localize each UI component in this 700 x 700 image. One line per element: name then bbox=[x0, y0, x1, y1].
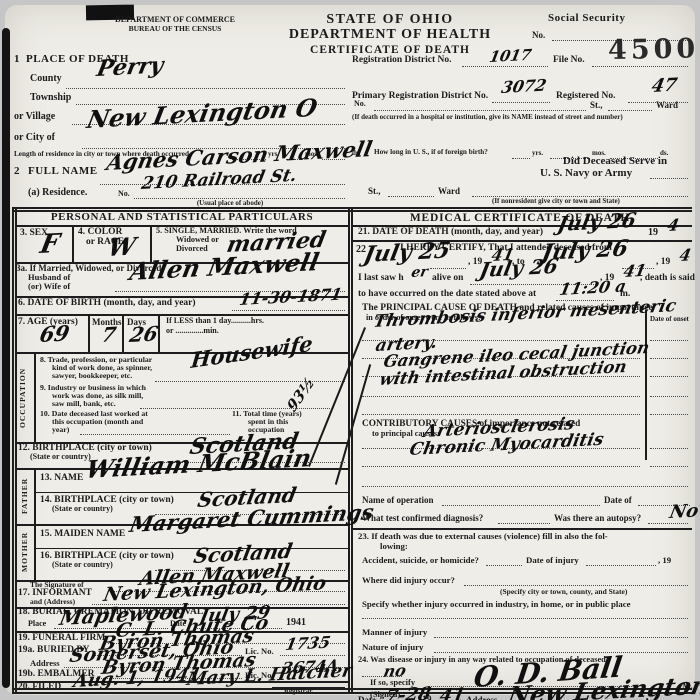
full-name-label: FULL NAME bbox=[28, 166, 98, 178]
father-name-label: 13. NAME bbox=[40, 474, 83, 484]
cert-year-value: 41 bbox=[438, 686, 467, 700]
age-less-label: If LESS than 1 day..........hrs. bbox=[166, 317, 264, 325]
dotted-line bbox=[66, 88, 345, 89]
rule bbox=[12, 207, 14, 692]
time-of-death-value: 11:20 a bbox=[558, 278, 627, 298]
external-causes-label-2: lowing: bbox=[380, 542, 408, 551]
mother-birthplace-label-2: (State or country) bbox=[52, 561, 113, 569]
rule bbox=[122, 314, 124, 352]
ward-label: Ward bbox=[656, 101, 678, 110]
section2-number: 2 bbox=[14, 166, 20, 178]
dotted-line bbox=[498, 523, 550, 524]
city-label: or City of bbox=[14, 133, 55, 144]
primary-registration-value: 3072 bbox=[500, 77, 548, 96]
navy-label-1: Did Deceased Serve in bbox=[540, 156, 690, 168]
father-side-label: FATHER bbox=[20, 472, 29, 520]
registered-no-value: 47 bbox=[650, 76, 679, 96]
column-divider bbox=[348, 207, 350, 692]
death-certificate-scan: DEPARTMENT OF COMMERCE BUREAU OF THE CEN… bbox=[0, 0, 700, 700]
last-saw-label: I last saw h bbox=[358, 274, 404, 284]
burial-year-value: 1941 bbox=[286, 618, 306, 629]
dotted-line bbox=[362, 396, 640, 397]
nonresident-note: (If nonresident give city or town and St… bbox=[492, 198, 620, 205]
dotted-line bbox=[362, 618, 688, 619]
operation-label: Name of operation bbox=[362, 496, 434, 505]
last-saw-suffix: er bbox=[410, 265, 429, 280]
autopsy-label: Was there an autopsy? bbox=[554, 514, 641, 523]
burial-place-label: Place bbox=[28, 620, 46, 628]
dotted-line bbox=[650, 340, 688, 341]
maiden-name-label: 15. MAIDEN NAME bbox=[40, 530, 125, 540]
autopsy-value: No bbox=[668, 502, 700, 522]
dotted-line bbox=[650, 178, 688, 179]
dotted-line bbox=[232, 310, 345, 311]
dotted-line bbox=[434, 637, 688, 638]
dotted-line bbox=[650, 414, 688, 415]
dotted-line bbox=[434, 652, 688, 653]
filed-label: 20. FILED bbox=[18, 683, 61, 693]
ward-label-2: Ward bbox=[438, 187, 460, 196]
dob-label: 6. DATE OF BIRTH (month, day, and year) bbox=[18, 299, 196, 309]
dotted-line bbox=[464, 585, 688, 586]
rule bbox=[15, 207, 17, 692]
rule bbox=[36, 548, 348, 549]
dotted-line bbox=[608, 110, 652, 111]
village-label: or Village bbox=[14, 112, 55, 123]
foreign-birth-label: How long in U. S., if of foreign birth? bbox=[374, 149, 488, 157]
rule bbox=[34, 352, 36, 442]
dotted-line bbox=[650, 466, 688, 467]
injury-date-label: Date of injury bbox=[526, 556, 579, 565]
cert-address-label: Address bbox=[466, 696, 497, 700]
father-birthplace-label-2: (State or country) bbox=[52, 505, 113, 513]
registered-no-label: Registered No. bbox=[556, 92, 615, 102]
dotted-line bbox=[486, 565, 522, 566]
occurred-at-label: to have occurred on the date stated abov… bbox=[358, 290, 536, 300]
death-is-said-label: , death is said bbox=[640, 274, 695, 284]
street-label: St., bbox=[590, 101, 603, 110]
department-title: DEPARTMENT OF HEALTH bbox=[285, 28, 495, 43]
specify-where-label: Specify whether injury occurred in indus… bbox=[362, 600, 631, 609]
registration-district-label: Registration District No. bbox=[352, 56, 451, 66]
accident-label: Accident, suicide, or homicide? bbox=[362, 556, 479, 565]
certify-19-b: , 19 bbox=[656, 258, 670, 268]
rule bbox=[351, 528, 692, 530]
rule bbox=[645, 310, 647, 460]
dotted-line bbox=[362, 414, 640, 415]
county-value: Perry bbox=[95, 54, 165, 80]
dotted-line bbox=[650, 358, 688, 359]
street-label-2: St., bbox=[368, 187, 381, 196]
file-number-stamp: 45006 bbox=[608, 33, 700, 66]
rule bbox=[34, 524, 36, 580]
street-no-label: No. bbox=[354, 100, 366, 108]
dotted-line bbox=[462, 66, 548, 67]
rule bbox=[88, 314, 90, 352]
dotted-line bbox=[388, 196, 434, 197]
dotted-line bbox=[492, 102, 550, 103]
dotted-line bbox=[650, 448, 688, 449]
certify-from-value: July 25 bbox=[362, 239, 452, 266]
alive-on-label: alive on bbox=[432, 274, 463, 284]
funeral-firm-label: 19. FUNERAL FIRM bbox=[18, 634, 105, 644]
last-worked-label-3: year) bbox=[52, 426, 69, 434]
column-divider bbox=[351, 207, 353, 692]
occupation-side-label: OCCUPATION bbox=[18, 358, 27, 438]
industry-label-3: saw mill, bank, etc. bbox=[52, 400, 116, 408]
dotted-line bbox=[362, 486, 688, 487]
film-edge bbox=[2, 28, 10, 688]
dotted-line bbox=[442, 505, 600, 506]
birthplace-label-2: (State or country) bbox=[30, 453, 91, 461]
navy-label-2: U. S. Navy or Army bbox=[540, 168, 632, 180]
social-security-label: Social Security bbox=[548, 13, 625, 25]
dotted-line bbox=[648, 523, 688, 524]
where-injury-label: Where did injury occur? bbox=[362, 576, 455, 585]
dotted-line bbox=[650, 376, 688, 377]
dotted-line bbox=[374, 110, 586, 111]
dotted-line bbox=[512, 158, 530, 159]
dotted-line bbox=[430, 268, 466, 269]
spouse-label-3: (or) Wife of bbox=[28, 282, 70, 291]
buried-by-address-label: Address bbox=[30, 659, 60, 668]
dotted-line bbox=[362, 466, 640, 467]
state-title: STATE OF OHIO bbox=[300, 13, 480, 28]
dotted-line bbox=[592, 66, 688, 67]
agency-line-2: BUREAU OF THE CENSUS bbox=[95, 25, 255, 33]
residence-label: (a) Residence. bbox=[28, 188, 87, 199]
file-no-label: File No. bbox=[553, 56, 585, 66]
cert-date-label: Date bbox=[358, 696, 376, 700]
age-less-label-2: or ..............min. bbox=[166, 327, 219, 335]
dotted-line bbox=[586, 565, 656, 566]
dotted-line bbox=[155, 381, 345, 382]
ss-no-label: No. bbox=[532, 31, 545, 40]
last-saw-date-value: July 26 bbox=[478, 256, 560, 280]
date-of-death-value: July 26 bbox=[556, 210, 638, 234]
rule bbox=[72, 225, 74, 262]
residence-no-label: No. bbox=[118, 190, 130, 198]
personal-section-title: PERSONAL AND STATISTICAL PARTICULARS bbox=[18, 212, 346, 224]
rule bbox=[36, 492, 348, 493]
cert-19-label: 19 bbox=[422, 696, 432, 700]
township-label: Township bbox=[30, 93, 71, 104]
section1-number: 1 bbox=[14, 54, 20, 66]
age-days-value: 26 bbox=[128, 323, 160, 345]
injury-19-label: , 19 bbox=[658, 556, 671, 565]
mother-side-label: MOTHER bbox=[20, 528, 29, 576]
county-label: County bbox=[30, 74, 62, 85]
registration-district-value: 1017 bbox=[488, 48, 533, 65]
occupation-trade-label-3: sawyer, bookkeeper, etc. bbox=[52, 372, 132, 380]
external-causes-label: 23. If death was due to external causes … bbox=[358, 532, 608, 541]
date-of-death-19: 19 bbox=[648, 228, 658, 239]
rule bbox=[158, 314, 160, 352]
specify-city-note: (Specify city or town, county, and State… bbox=[500, 588, 627, 596]
hospital-note: (If death occurred in a hospital or inst… bbox=[352, 114, 700, 121]
nature-of-injury-label: Nature of injury bbox=[362, 643, 423, 652]
primary-registration-label: Primary Registration District No. bbox=[352, 92, 488, 102]
manner-of-injury-label: Manner of injury bbox=[362, 628, 427, 637]
registrar-label: Registrar. bbox=[284, 688, 313, 695]
buried-by-lic-value: 1735 bbox=[284, 634, 332, 653]
operation-date-label: Date of bbox=[604, 496, 632, 505]
age-years-value: 69 bbox=[38, 322, 71, 345]
test-label: What test confirmed diagnosis? bbox=[362, 514, 483, 523]
rule bbox=[34, 468, 36, 524]
dotted-line bbox=[650, 396, 688, 397]
